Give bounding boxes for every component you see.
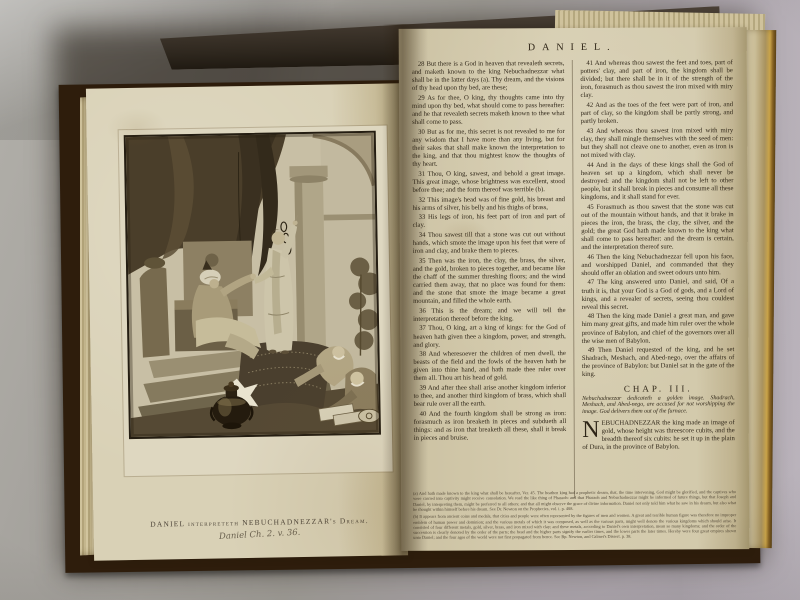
right-page: DANIEL. 28 But there is a God in heaven … [399, 27, 750, 551]
verse: 37 Thou, O king, art a king of kings: fo… [413, 324, 566, 349]
verse: 32 This image's head was of fine gold, h… [413, 196, 566, 213]
footnotes: (a) And hath made known to the king what… [413, 489, 736, 543]
verse-number: 29 [418, 95, 425, 102]
chapter-heading: CHAP. III. [582, 384, 735, 393]
engraving-caption: DANIEL interpreteth NEBUCHADNEZZAR's Dre… [125, 515, 393, 542]
verse-number: 43 [587, 128, 594, 135]
verse-number: 31 [418, 170, 425, 177]
text-column-right: 41 And whereas thou sawest the feet and … [571, 59, 735, 498]
verse-number: 35 [419, 257, 426, 264]
verse: 28 But there is a God in heaven that rev… [412, 60, 565, 93]
verse-number: 45 [587, 203, 594, 210]
verse-number: 48 [588, 313, 595, 320]
photograph-of-open-bible: DANIEL interpreteth NEBUCHADNEZZAR's Dre… [0, 0, 800, 600]
verse-number: 41 [586, 60, 593, 67]
chapter-opening: NEBUCHADNEZZAR the king made an image of… [582, 419, 735, 452]
verse-number: 44 [587, 162, 594, 169]
verse: 44 And in the days of these kings shall … [581, 161, 734, 202]
engraving-plate: DANIEL interpreteth NEBUCHADNEZZAR's Dre… [119, 126, 393, 477]
engraving-illustration [124, 131, 381, 439]
verse-number: 47 [587, 279, 594, 286]
verse: 46 Then the king Nebuchadnezzar fell upo… [581, 253, 734, 278]
verse: 36 This is the dream; and we will tell t… [413, 307, 566, 324]
verse: 41 And whereas thou sawest the feet and … [580, 59, 733, 100]
running-head: DANIEL. [412, 41, 733, 54]
verse-number: 40 [420, 411, 427, 418]
verse: 34 Thou sawest till that a stone was cut… [413, 231, 566, 256]
verse-number: 49 [588, 347, 595, 354]
verse-number: 32 [419, 196, 426, 203]
foxing-stain [106, 107, 167, 148]
verse: 49 Then Daniel requested of the king, an… [582, 346, 735, 379]
right-page-text-block: DANIEL. 28 But there is a God in heaven … [399, 27, 750, 551]
verse-number: 36 [419, 307, 426, 314]
verse: 30 But as for me, this secret is not rev… [412, 128, 565, 169]
verse-number: 30 [418, 129, 425, 136]
verse: 39 And after thee shall arise another ki… [413, 384, 566, 409]
verse-number: 37 [419, 325, 426, 332]
caption-title: DANIEL interpreteth NEBUCHADNEZZAR's Dre… [125, 515, 393, 529]
caption-reference: Daniel Ch. 2. v. 36. [126, 523, 394, 547]
footnote: (b) It appears from ancient coins and me… [413, 513, 736, 541]
chapter-summary: Nebuchadnezzar dedicateth a golden image… [582, 395, 735, 416]
verse: 31 Thou, O king, sawest, and behold a gr… [412, 170, 565, 195]
footnote: (a) And hath made known to the king what… [413, 489, 736, 512]
verse: 47 The king answered unto Daniel, and sa… [581, 279, 734, 312]
verse: 29 As for thee, O king, thy thoughts cam… [412, 94, 565, 127]
verse-number: 28 [418, 61, 425, 68]
verse: 33 His legs of iron, his feet part of ir… [413, 213, 566, 230]
verse: 45 Forasmuch as thou sawest that the sto… [581, 203, 734, 252]
verse-number: 46 [587, 254, 594, 261]
verse: 42 And as the toes of the feet were part… [581, 101, 734, 126]
verse: 48 Then the king made Daniel a great man… [582, 312, 735, 345]
drop-cap: N [582, 420, 601, 440]
left-page: DANIEL interpreteth NEBUCHADNEZZAR's Dre… [86, 83, 408, 560]
verse-number: 38 [419, 351, 426, 358]
verse-number: 42 [587, 102, 594, 109]
verse: 35 Then was the iron, the clay, the bras… [413, 257, 566, 306]
text-column-left: 28 But there is a God in heaven that rev… [412, 60, 567, 499]
verse: 43 And whereas thou sawest iron mixed wi… [581, 127, 734, 160]
verse-number: 34 [419, 232, 426, 239]
verse-number: 33 [419, 214, 426, 221]
verse: 40 And the fourth kingdom shall be stron… [414, 410, 567, 443]
verse-number: 39 [419, 385, 426, 392]
verse: 38 And wheresoever the children of men d… [413, 350, 566, 383]
